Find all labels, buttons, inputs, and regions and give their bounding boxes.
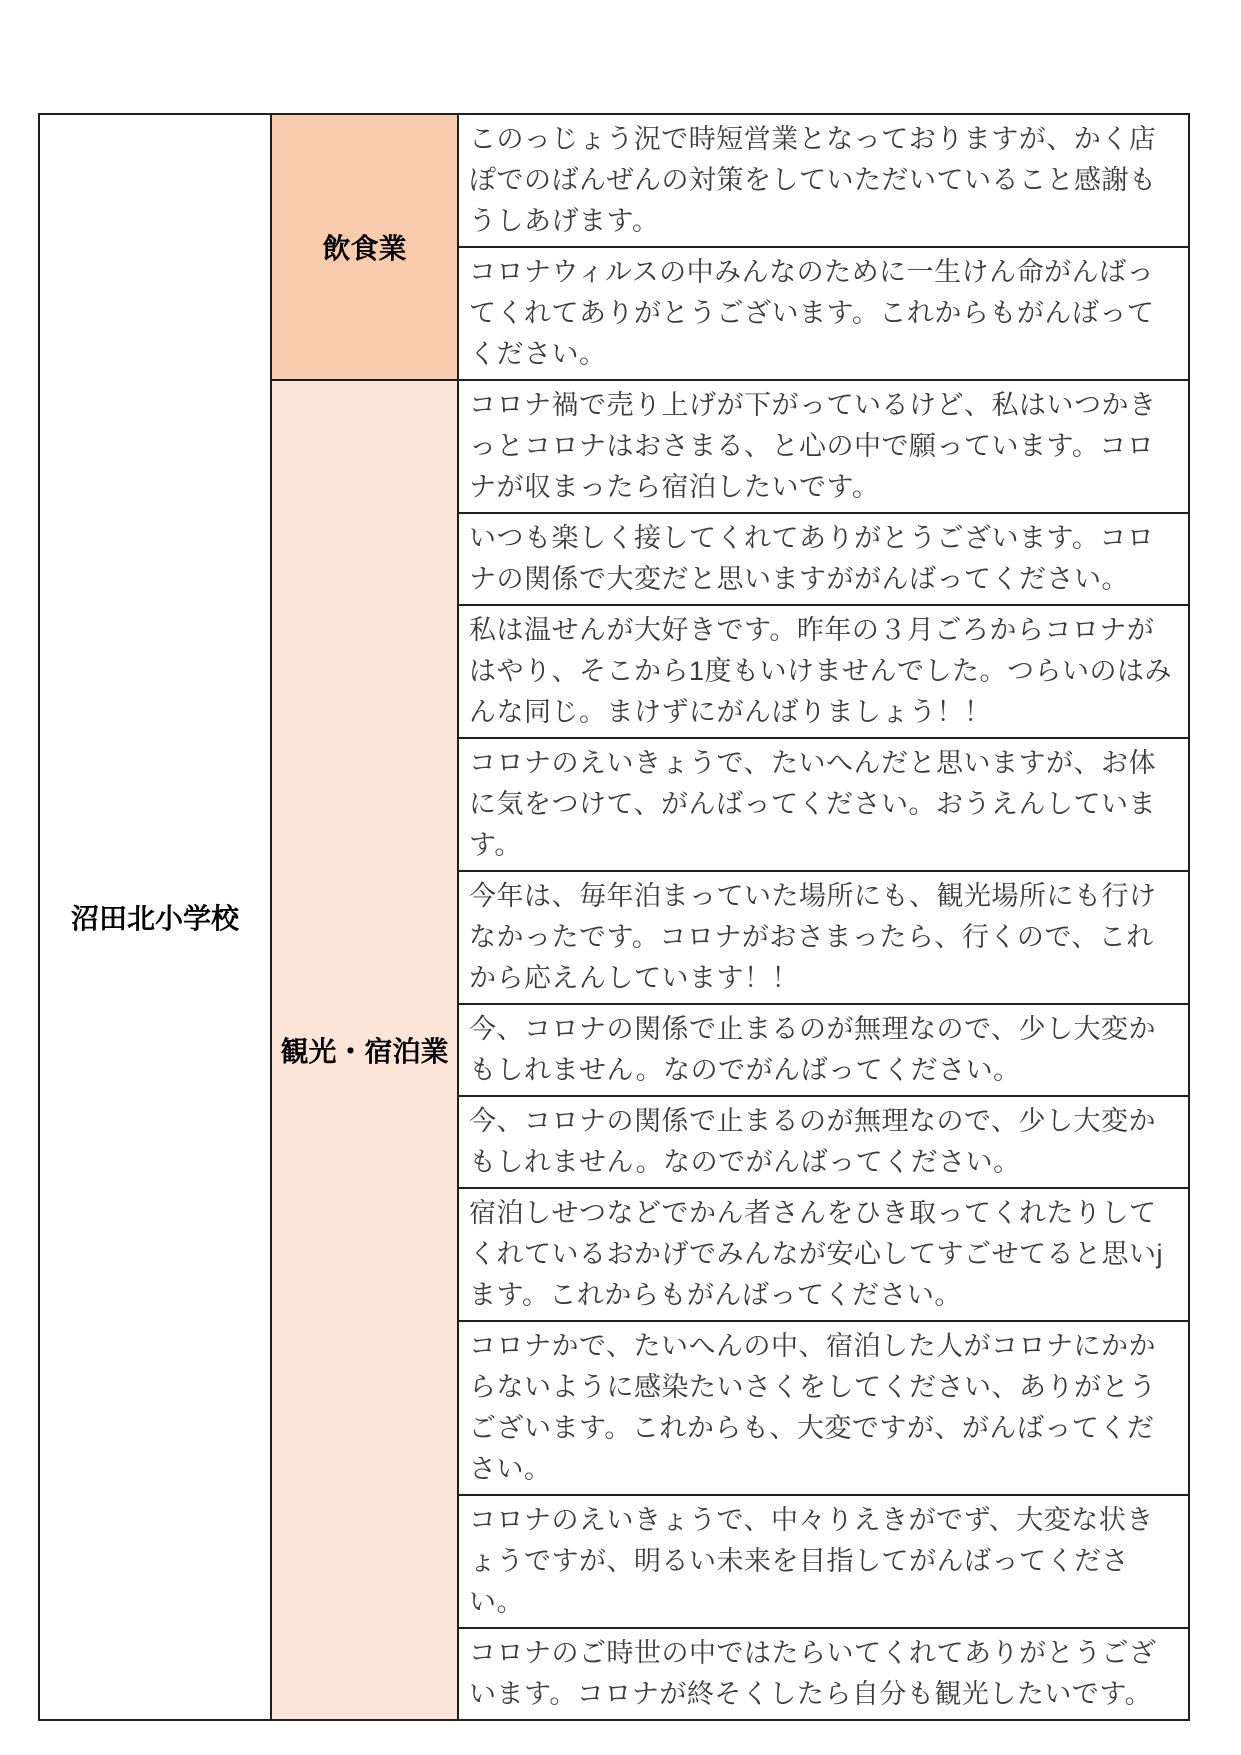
category-cell-tourism: 観光・宿泊業: [271, 380, 458, 1720]
message-cell: コロナのご時世の中ではたらいてくれてありがとうございます。コロナが終そくしたら自…: [458, 1628, 1189, 1720]
message-cell: 私は温せんが大好きです。昨年の３月ごろからコロナがはやり、そこから1度もいけませ…: [458, 605, 1189, 738]
message-cell: このっじょう況で時短営業となっておりますが、かく店ぽでのばんぜんの対策をしていた…: [458, 114, 1189, 247]
category-cell-restaurant: 飲食業: [271, 114, 458, 380]
message-cell: コロナのえいきょうで、中々りえきがでず、大変な状きょうですが、明るい未来を目指し…: [458, 1495, 1189, 1628]
message-cell: コロナウィルスの中みんなのために一生けん命がんばってくれてありがとうございます。…: [458, 247, 1189, 380]
school-name-cell: 沼田北小学校: [39, 114, 271, 1720]
message-cell: 宿泊しせつなどでかん者さんをひき取ってくれたりしてくれているおかげでみんなが安心…: [458, 1188, 1189, 1321]
message-cell: 今年は、毎年泊まっていた場所にも、観光場所にも行けなかったです。コロナがおさまっ…: [458, 871, 1189, 1004]
feedback-table: 沼田北小学校 飲食業 このっじょう況で時短営業となっておりますが、かく店ぽでのば…: [38, 113, 1190, 1721]
message-cell: コロナ禍で売り上げが下がっているけど、私はいつかきっとコロナはおさまる、と心の中…: [458, 380, 1189, 513]
message-cell: 今、コロナの関係で止まるのが無理なので、少し大変かもしれません。なのでがんばって…: [458, 1004, 1189, 1096]
table-row: 沼田北小学校 飲食業 このっじょう況で時短営業となっておりますが、かく店ぽでのば…: [39, 114, 1189, 247]
message-cell: コロナかで、たいへんの中、宿泊した人がコロナにかからないように感染たいさくをして…: [458, 1321, 1189, 1495]
message-cell: コロナのえいきょうで、たいへんだと思いますが、お体に気をつけて、がんばってくださ…: [458, 738, 1189, 871]
page: { "colors": { "category_restaurant_bg": …: [0, 0, 1241, 1755]
message-cell: いつも楽しく接してくれてありがとうございます。コロナの関係で大変だと思いますがが…: [458, 513, 1189, 605]
message-cell: 今、コロナの関係で止まるのが無理なので、少し大変かもしれません。なのでがんばって…: [458, 1096, 1189, 1188]
